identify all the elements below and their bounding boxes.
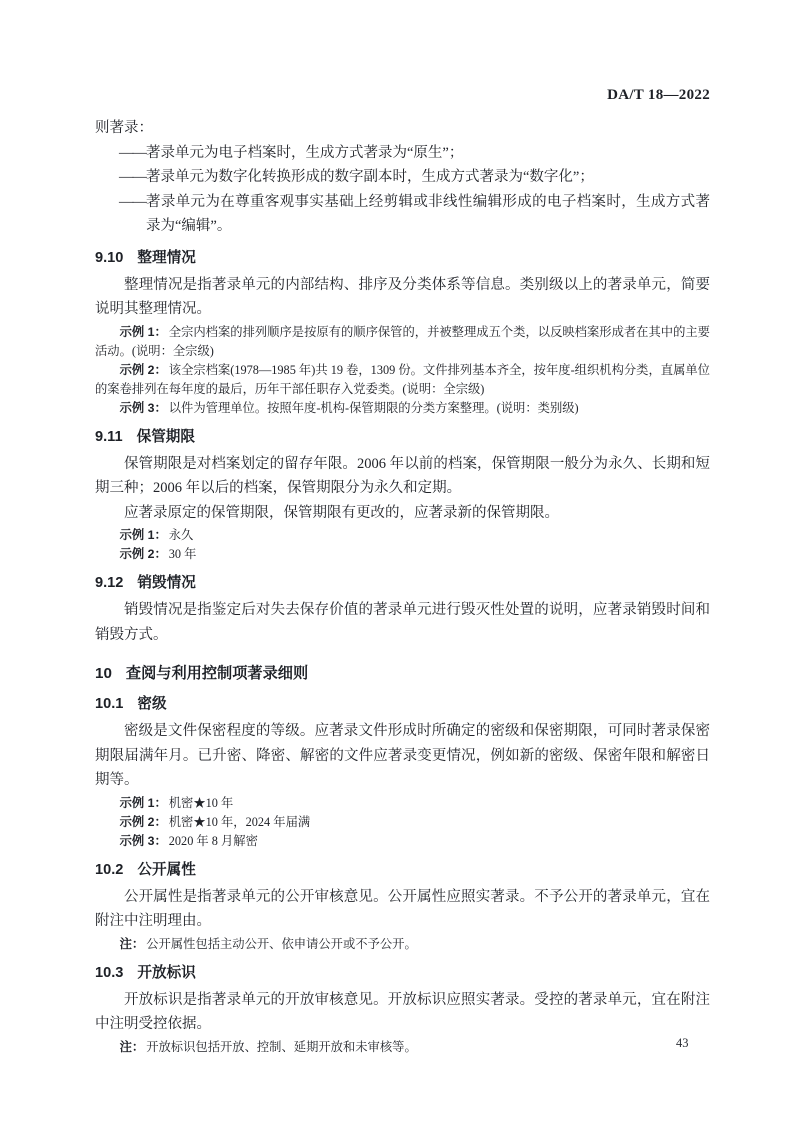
chapter-heading: 10查阅与利用控制项著录细则 [95,663,710,684]
example-item: 示例 2：30 年 [95,545,710,564]
example-item: 示例 3：2020 年 8 月解密 [95,832,710,851]
example-text: 30 年 [169,547,197,561]
section-title: 开放标识 [137,965,195,981]
example-item: 示例 2：该全宗档案(1978—1985 年)共 19 卷，1309 份。文件排… [95,361,710,399]
example-text: 机密★10 年 [169,796,234,810]
example-text: 以件为管理单位。按照年度-机构-保管期限的分类方案整理。(说明：类别级) [169,401,579,415]
example-text: 该全宗档案(1978—1985 年)共 19 卷，1309 份。文件排列基本齐全… [95,363,710,396]
example-text: 2020 年 8 月解密 [169,834,258,848]
section-9-12: 9.12销毁情况 销毁情况是指鉴定后对失去保存价值的著录单元进行毁灭性处置的说明… [95,574,710,647]
paragraph: 整理情况是指著录单元的内部结构、排序及分类体系等信息。类别级以上的著录单元，简要… [95,273,710,322]
paragraph: 公开属性是指著录单元的公开审核意见。公开属性应照实著录。不予公开的著录单元，宜在… [95,885,710,934]
example-text: 全宗内档案的排列顺序是按原有的顺序保管的，并被整理成五个类，以反映档案形成者在其… [95,325,710,358]
section-heading: 10.1密级 [95,695,710,714]
example-label: 示例 1： [120,796,167,810]
dash-item-text: 著录单元为在尊重客观事实基础上经剪辑或非线性编辑形成的电子档案时，生成方式著录为… [146,190,710,239]
section-heading: 9.10整理情况 [95,249,710,268]
dash-list-item: —— 著录单元为电子档案时，生成方式著录为“原生”； [119,141,710,166]
example-text: 机密★10 年，2024 年届满 [169,815,310,829]
em-dash-bullet: —— [119,141,146,166]
example-label: 示例 2： [120,815,167,829]
paragraph: 应著录原定的保管期限，保管期限有更改的，应著录新的保管期限。 [95,501,710,526]
example-label: 示例 2： [120,363,167,377]
examples-block: 示例 1：全宗内档案的排列顺序是按原有的顺序保管的，并被整理成五个类，以反映档案… [95,323,710,418]
section-heading: 10.2公开属性 [95,861,710,880]
note-text: 开放标识包括开放、控制、延期开放和未审核等。 [146,1040,417,1054]
chapter-title: 查阅与利用控制项著录细则 [126,665,308,682]
example-item: 示例 3：以件为管理单位。按照年度-机构-保管期限的分类方案整理。(说明：类别级… [95,399,710,418]
section-number: 10.1 [95,696,123,712]
dash-item-text: 著录单元为数字化转换形成的数字副本时，生成方式著录为“数字化”； [146,165,710,190]
em-dash-bullet: —— [119,165,146,190]
paragraph: 销毁情况是指鉴定后对失去保存价值的著录单元进行毁灭性处置的说明，应著录销毁时间和… [95,598,710,647]
note-label: 注： [120,937,145,951]
note-item: 注：公开属性包括主动公开、依申请公开或不予公开。 [95,935,710,954]
section-title: 密级 [137,696,166,712]
dash-list: —— 著录单元为电子档案时，生成方式著录为“原生”； —— 著录单元为数字化转换… [95,141,710,239]
section-heading: 9.11保管期限 [95,428,710,447]
example-label: 示例 3： [120,401,167,415]
page-content: DA/T 18—2022 则著录： —— 著录单元为电子档案时，生成方式著录为“… [0,0,793,1057]
example-label: 示例 1： [120,528,167,542]
dash-list-item: —— 著录单元为数字化转换形成的数字副本时，生成方式著录为“数字化”； [119,165,710,190]
example-item: 示例 2：机密★10 年，2024 年届满 [95,813,710,832]
examples-block: 示例 1：机密★10 年 示例 2：机密★10 年，2024 年届满 示例 3：… [95,794,710,851]
intro-lead-text: 则著录： [95,116,710,141]
note-block: 注：开放标识包括开放、控制、延期开放和未审核等。 [95,1038,710,1057]
chapter-number: 10 [95,665,112,682]
em-dash-bullet: —— [119,190,146,239]
example-item: 示例 1：机密★10 年 [95,794,710,813]
paragraph: 密级是文件保密程度的等级。应著录文件形成时所确定的密级和保密期限，可同时著录保密… [95,719,710,793]
page-number: 43 [676,1036,689,1050]
note-text: 公开属性包括主动公开、依申请公开或不予公开。 [146,937,417,951]
section-title: 公开属性 [137,862,195,878]
section-number: 9.11 [95,429,123,445]
example-text: 永久 [169,528,194,542]
example-label: 示例 2： [120,547,167,561]
section-9-11: 9.11保管期限 保管期限是对档案划定的留存年限。2006 年以前的档案，保管期… [95,428,710,565]
paragraph: 保管期限是对档案划定的留存年限。2006 年以前的档案，保管期限一般分为永久、长… [95,452,710,501]
section-title: 销毁情况 [137,575,195,591]
example-label: 示例 1： [120,325,167,339]
example-item: 示例 1：永久 [95,526,710,545]
paragraph: 开放标识是指著录单元的开放审核意见。开放标识应照实著录。受控的著录单元，宜在附注… [95,988,710,1037]
section-heading: 9.12销毁情况 [95,574,710,593]
example-item: 示例 1：全宗内档案的排列顺序是按原有的顺序保管的，并被整理成五个类，以反映档案… [95,323,710,361]
section-number: 10.3 [95,965,123,981]
section-heading: 10.3开放标识 [95,964,710,983]
dash-item-text: 著录单元为电子档案时，生成方式著录为“原生”； [146,141,710,166]
note-item: 注：开放标识包括开放、控制、延期开放和未审核等。 [95,1038,710,1057]
section-title: 保管期限 [137,429,195,445]
document-code-header: DA/T 18—2022 [95,86,710,104]
examples-block: 示例 1：永久 示例 2：30 年 [95,526,710,564]
note-label: 注： [120,1040,145,1054]
section-10-3: 10.3开放标识 开放标识是指著录单元的开放审核意见。开放标识应照实著录。受控的… [95,964,710,1057]
section-9-10: 9.10整理情况 整理情况是指著录单元的内部结构、排序及分类体系等信息。类别级以… [95,249,710,418]
section-10-2: 10.2公开属性 公开属性是指著录单元的公开审核意见。公开属性应照实著录。不予公… [95,861,710,954]
section-number: 10.2 [95,862,123,878]
dash-list-item: —— 著录单元为在尊重客观事实基础上经剪辑或非线性编辑形成的电子档案时，生成方式… [119,190,710,239]
document-page: DA/T 18—2022 则著录： —— 著录单元为电子档案时，生成方式著录为“… [0,0,793,1122]
section-number: 9.10 [95,250,123,266]
note-block: 注：公开属性包括主动公开、依申请公开或不予公开。 [95,935,710,954]
section-10-1: 10.1密级 密级是文件保密程度的等级。应著录文件形成时所确定的密级和保密期限，… [95,695,710,851]
example-label: 示例 3： [120,834,167,848]
section-title: 整理情况 [137,250,195,266]
section-number: 9.12 [95,575,123,591]
